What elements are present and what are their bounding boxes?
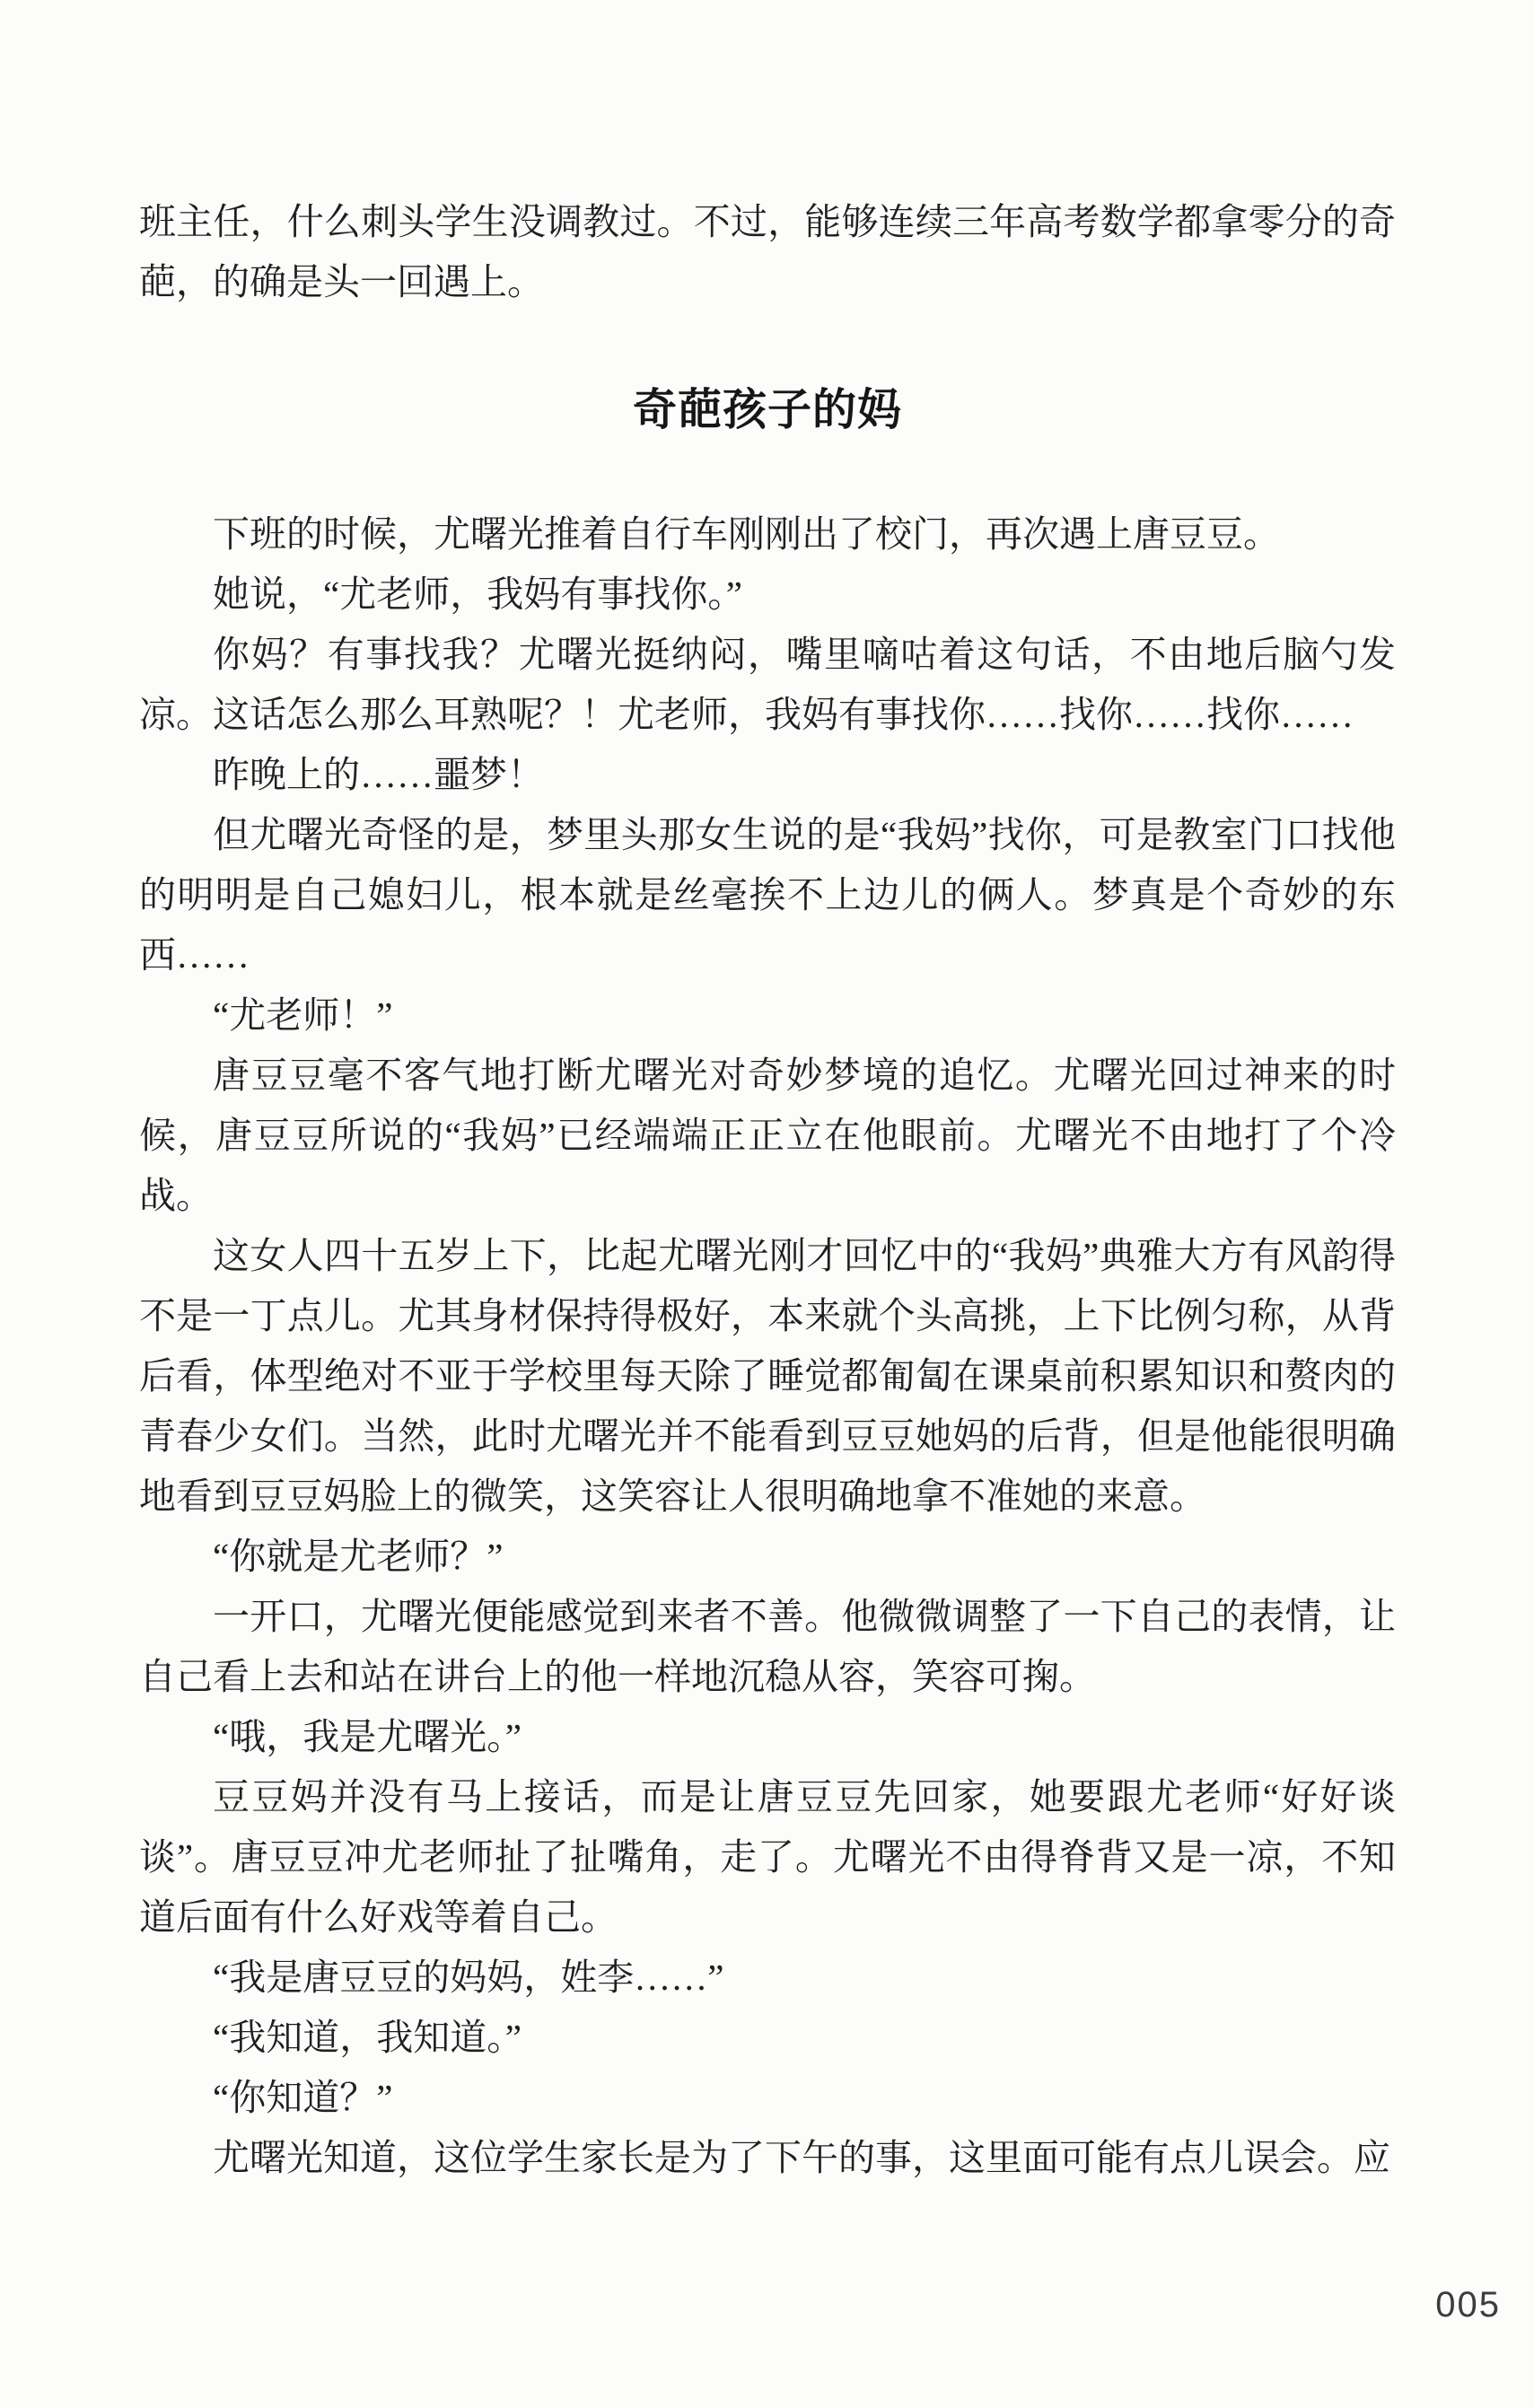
paragraph: 下班的时候，尤曙光推着自行车刚刚出了校门，再次遇上唐豆豆。	[139, 504, 1396, 565]
paragraph: “尤老师！”	[139, 985, 1396, 1046]
paragraph: “你就是尤老师？”	[139, 1527, 1396, 1587]
paragraph-list: 下班的时候，尤曙光推着自行车刚刚出了校门，再次遇上唐豆豆。她说，“尤老师，我妈有…	[139, 504, 1396, 2188]
paragraph-continuation: 班主任，什么刺头学生没调教过。不过，能够连续三年高考数学都拿零分的奇葩，的确是头…	[139, 192, 1396, 312]
paragraph: 豆豆妈并没有马上接话，而是让唐豆豆先回家，她要跟尤老师“好好谈谈”。唐豆豆冲尤老…	[139, 1767, 1396, 1948]
body-text: 班主任，什么刺头学生没调教过。不过，能够连续三年高考数学都拿零分的奇葩，的确是头…	[139, 192, 1396, 2188]
paragraph: 昨晚上的……噩梦！	[139, 745, 1396, 805]
paragraph: 这女人四十五岁上下，比起尤曙光刚才回忆中的“我妈”典雅大方有风韵得不是一丁点儿。…	[139, 1226, 1396, 1527]
book-page: 班主任，什么刺头学生没调教过。不过，能够连续三年高考数学都拿零分的奇葩，的确是头…	[0, 0, 1534, 2408]
paragraph: 尤曙光知道，这位学生家长是为了下午的事，这里面可能有点儿误会。应	[139, 2128, 1396, 2188]
paragraph: “哦，我是尤曙光。”	[139, 1707, 1396, 1767]
paragraph: 但尤曙光奇怪的是，梦里头那女生说的是“我妈”找你，可是教室门口找他的明明是自己媳…	[139, 805, 1396, 985]
paragraph: 她说，“尤老师，我妈有事找你。”	[139, 565, 1396, 625]
paragraph: 你妈？有事找我？尤曙光挺纳闷，嘴里嘀咕着这句话，不由地后脑勺发凉。这话怎么那么耳…	[139, 625, 1396, 745]
paragraph: “我知道，我知道。”	[139, 2008, 1396, 2068]
paragraph: 一开口，尤曙光便能感觉到来者不善。他微微调整了一下自己的表情，让自己看上去和站在…	[139, 1587, 1396, 1707]
paragraph: “你知道？”	[139, 2068, 1396, 2128]
chapter-heading: 奇葩孩子的妈	[139, 388, 1396, 433]
page-number: 005	[1435, 2285, 1501, 2325]
paragraph: “我是唐豆豆的妈妈，姓李……”	[139, 1948, 1396, 2008]
paragraph: 唐豆豆毫不客气地打断尤曙光对奇妙梦境的追忆。尤曙光回过神来的时候，唐豆豆所说的“…	[139, 1046, 1396, 1226]
